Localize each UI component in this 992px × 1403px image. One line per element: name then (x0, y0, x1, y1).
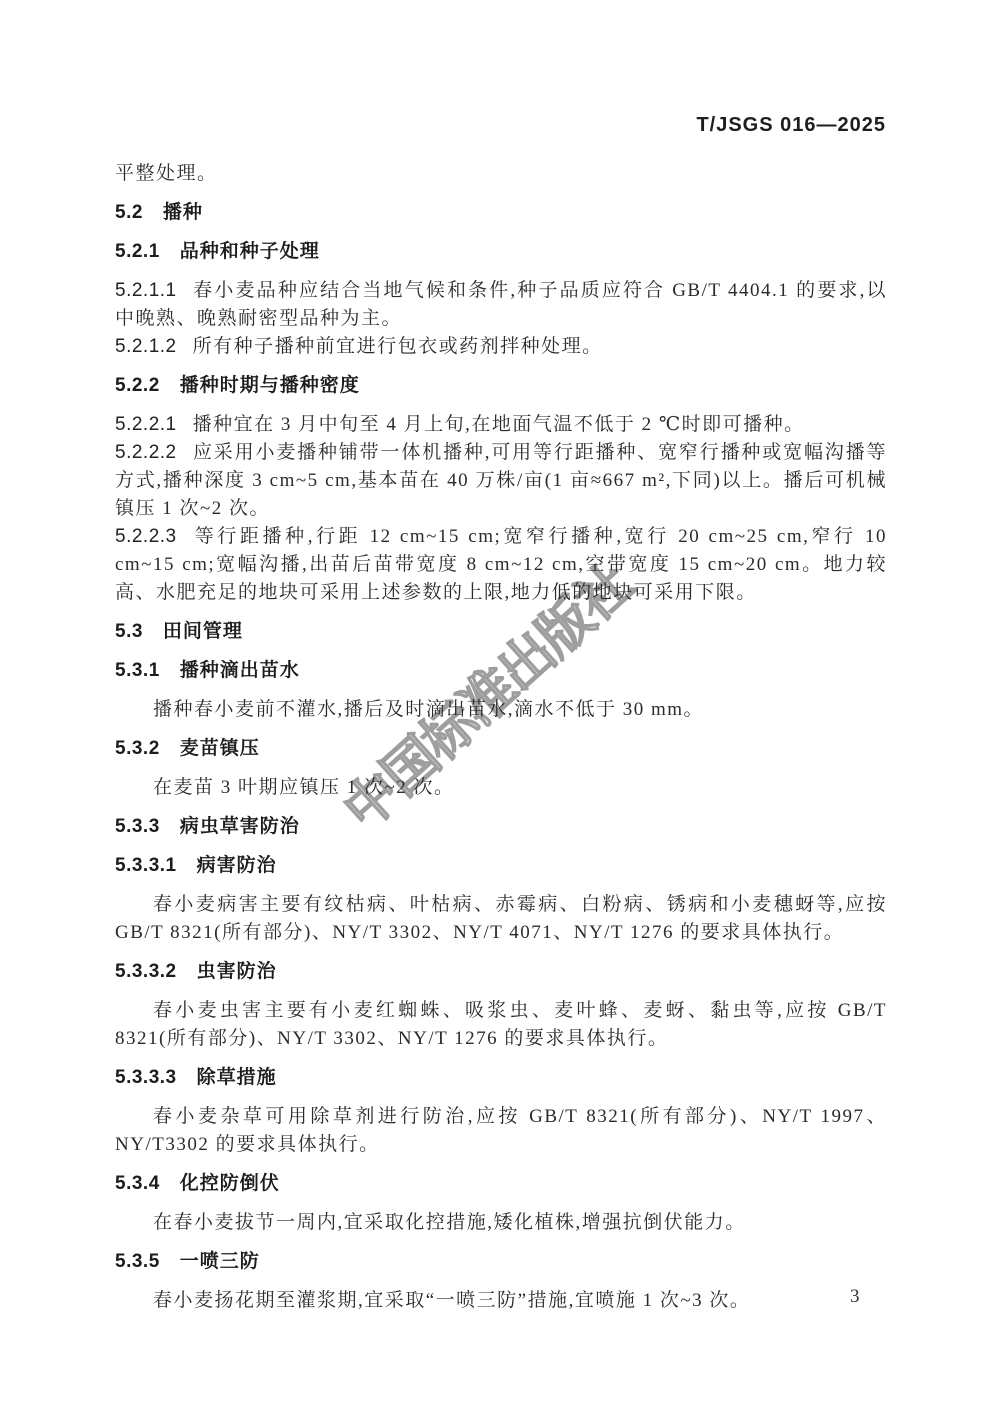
heading-title: 播种时期与播种密度 (180, 375, 360, 396)
clause-number: 5.2.1.2 (115, 336, 177, 357)
clause-text: 所有种子播种前宜进行包衣或药剂拌种处理。 (193, 336, 603, 357)
heading-title: 麦苗镇压 (180, 738, 260, 759)
heading-title: 病虫草害防治 (180, 816, 300, 837)
clause-number: 5.2.2.2 (115, 442, 177, 463)
heading-5-3-5: 5.3.5一喷三防 (115, 1248, 887, 1276)
clause-5-2-1-2: 5.2.1.2所有种子播种前宜进行包衣或药剂拌种处理。 (115, 333, 887, 361)
heading-title: 除草措施 (197, 1067, 277, 1088)
heading-number: 5.3 (115, 621, 143, 642)
heading-title: 一喷三防 (180, 1251, 260, 1272)
heading-5-3-2: 5.3.2麦苗镇压 (115, 735, 887, 763)
heading-title: 品种和种子处理 (180, 241, 320, 262)
heading-5-3: 5.3田间管理 (115, 618, 887, 646)
heading-number: 5.3.3.1 (115, 855, 177, 876)
clause-number: 5.2.1.1 (115, 280, 177, 301)
heading-5-3-3-2: 5.3.3.2虫害防治 (115, 958, 887, 986)
clause-text: 春小麦品种应结合当地气候和条件,种子品质应符合 GB/T 4404.1 的要求,… (115, 280, 887, 329)
clause-group-5-2-2: 5.2.2.1播种宜在 3 月中旬至 4 月上旬,在地面气温不低于 2 ℃时即可… (115, 411, 887, 607)
heading-number: 5.3.3 (115, 816, 160, 837)
paragraph-5-3-4: 在春小麦拔节一周内,宜采取化控措施,矮化植株,增强抗倒伏能力。 (115, 1209, 887, 1237)
clause-text: 应采用小麦播种铺带一体机播种,可用等行距播种、宽窄行播种或宽幅沟播等方式,播种深… (115, 442, 887, 519)
paragraph-5-3-3-1: 春小麦病害主要有纹枯病、叶枯病、赤霉病、白粉病、锈病和小麦穗蚜等,应按 GB/T… (115, 891, 887, 947)
heading-number: 5.2.2 (115, 375, 160, 396)
page-number: 3 (850, 1286, 860, 1308)
heading-title: 播种 (163, 202, 203, 223)
heading-5-3-3: 5.3.3病虫草害防治 (115, 813, 887, 841)
heading-5-2: 5.2播种 (115, 199, 887, 227)
heading-title: 病害防治 (197, 855, 277, 876)
paragraph-continuation: 平整处理。 (115, 160, 887, 188)
paragraph-5-3-3-3: 春小麦杂草可用除草剂进行防治,应按 GB/T 8321(所有部分)、NY/T 1… (115, 1103, 887, 1159)
heading-5-3-4: 5.3.4化控防倒伏 (115, 1170, 887, 1198)
clause-5-2-2-1: 5.2.2.1播种宜在 3 月中旬至 4 月上旬,在地面气温不低于 2 ℃时即可… (115, 411, 887, 439)
heading-5-3-3-3: 5.3.3.3除草措施 (115, 1064, 887, 1092)
heading-number: 5.3.1 (115, 660, 160, 681)
clause-number: 5.2.2.1 (115, 414, 177, 435)
paragraph-5-3-3-2: 春小麦虫害主要有小麦红蜘蛛、吸浆虫、麦叶蜂、麦蚜、黏虫等,应按 GB/T 832… (115, 997, 887, 1053)
doc-body: 平整处理。 5.2播种 5.2.1品种和种子处理 5.2.1.1春小麦品种应结合… (115, 0, 887, 1326)
clause-5-2-2-3: 5.2.2.3等行距播种,行距 12 cm~15 cm;宽窄行播种,宽行 20 … (115, 523, 887, 607)
document-page: 中国标准出版社 T/JSGS 016—2025 平整处理。 5.2播种 5.2.… (0, 0, 992, 1403)
heading-5-3-3-1: 5.3.3.1病害防治 (115, 852, 887, 880)
heading-5-3-1: 5.3.1播种滴出苗水 (115, 657, 887, 685)
heading-title: 田间管理 (163, 621, 243, 642)
heading-number: 5.2 (115, 202, 143, 223)
heading-title: 播种滴出苗水 (180, 660, 300, 681)
heading-number: 5.3.5 (115, 1251, 160, 1272)
heading-title: 化控防倒伏 (180, 1173, 280, 1194)
heading-number: 5.3.3.3 (115, 1067, 177, 1088)
clause-text: 等行距播种,行距 12 cm~15 cm;宽窄行播种,宽行 20 cm~25 c… (115, 526, 887, 603)
heading-number: 5.3.2 (115, 738, 160, 759)
clause-text: 播种宜在 3 月中旬至 4 月上旬,在地面气温不低于 2 ℃时即可播种。 (193, 414, 805, 435)
heading-number: 5.3.3.2 (115, 961, 177, 982)
clause-group-5-2-1: 5.2.1.1春小麦品种应结合当地气候和条件,种子品质应符合 GB/T 4404… (115, 277, 887, 361)
heading-5-2-2: 5.2.2播种时期与播种密度 (115, 372, 887, 400)
heading-number: 5.2.1 (115, 241, 160, 262)
paragraph-5-3-1: 播种春小麦前不灌水,播后及时滴出苗水,滴水不低于 30 mm。 (115, 696, 887, 724)
heading-title: 虫害防治 (197, 961, 277, 982)
clause-number: 5.2.2.3 (115, 526, 177, 547)
paragraph-5-3-2: 在麦苗 3 叶期应镇压 1 次~2 次。 (115, 774, 887, 802)
clause-5-2-1-1: 5.2.1.1春小麦品种应结合当地气候和条件,种子品质应符合 GB/T 4404… (115, 277, 887, 333)
heading-5-2-1: 5.2.1品种和种子处理 (115, 238, 887, 266)
heading-number: 5.3.4 (115, 1173, 160, 1194)
clause-5-2-2-2: 5.2.2.2应采用小麦播种铺带一体机播种,可用等行距播种、宽窄行播种或宽幅沟播… (115, 439, 887, 523)
paragraph-5-3-5: 春小麦扬花期至灌浆期,宜采取“一喷三防”措施,宜喷施 1 次~3 次。 (115, 1287, 887, 1315)
